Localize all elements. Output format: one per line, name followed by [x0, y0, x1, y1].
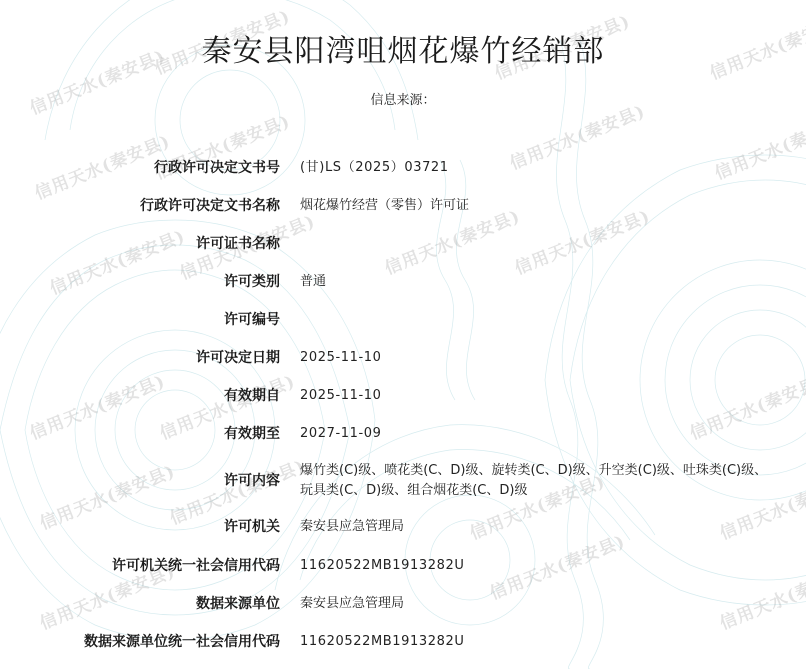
field-label: 许可类别 — [224, 272, 280, 292]
field-label: 数据来源单位统一社会信用代码 — [84, 632, 280, 652]
field-value: 烟花爆竹经营（零售）许可证 — [300, 196, 780, 216]
field-value: (甘)LS（2025）03721 — [300, 158, 780, 178]
field-label: 许可编号 — [224, 310, 280, 330]
field-value: 爆竹类(C)级、喷花类(C、D)级、旋转类(C、D)级、升空类(C)级、吐珠类(… — [300, 461, 778, 501]
field-label: 许可决定日期 — [196, 348, 280, 368]
field-value: 2025-11-10 — [300, 348, 780, 368]
field-label: 许可内容 — [224, 471, 280, 491]
field-value: 2027-11-09 — [300, 424, 780, 444]
field-label: 许可证书名称 — [196, 234, 280, 254]
field-value: 11620522MB1913282U — [300, 632, 780, 652]
field-value: 普通 — [300, 272, 780, 292]
field-label: 许可机关 — [224, 517, 280, 537]
field-label: 行政许可决定文书号 — [154, 158, 280, 178]
field-label: 有效期至 — [224, 424, 280, 444]
info-source-label: 信息来源： — [0, 92, 806, 110]
field-value: 2025-11-10 — [300, 386, 780, 406]
field-label: 行政许可决定文书名称 — [140, 196, 280, 216]
field-label: 有效期自 — [224, 386, 280, 406]
page-title: 秦安县阳湾咀烟花爆竹经销部 — [0, 30, 806, 74]
license-document: 秦安县阳湾咀烟花爆竹经销部 信息来源： 行政许可决定文书号 (甘)LS（2025… — [0, 0, 806, 669]
field-label: 数据来源单位 — [196, 594, 280, 614]
field-value: 11620522MB1913282U — [300, 556, 780, 576]
field-value: 秦安县应急管理局 — [300, 517, 780, 537]
field-label: 许可机关统一社会信用代码 — [112, 556, 280, 576]
field-value: 秦安县应急管理局 — [300, 594, 780, 614]
